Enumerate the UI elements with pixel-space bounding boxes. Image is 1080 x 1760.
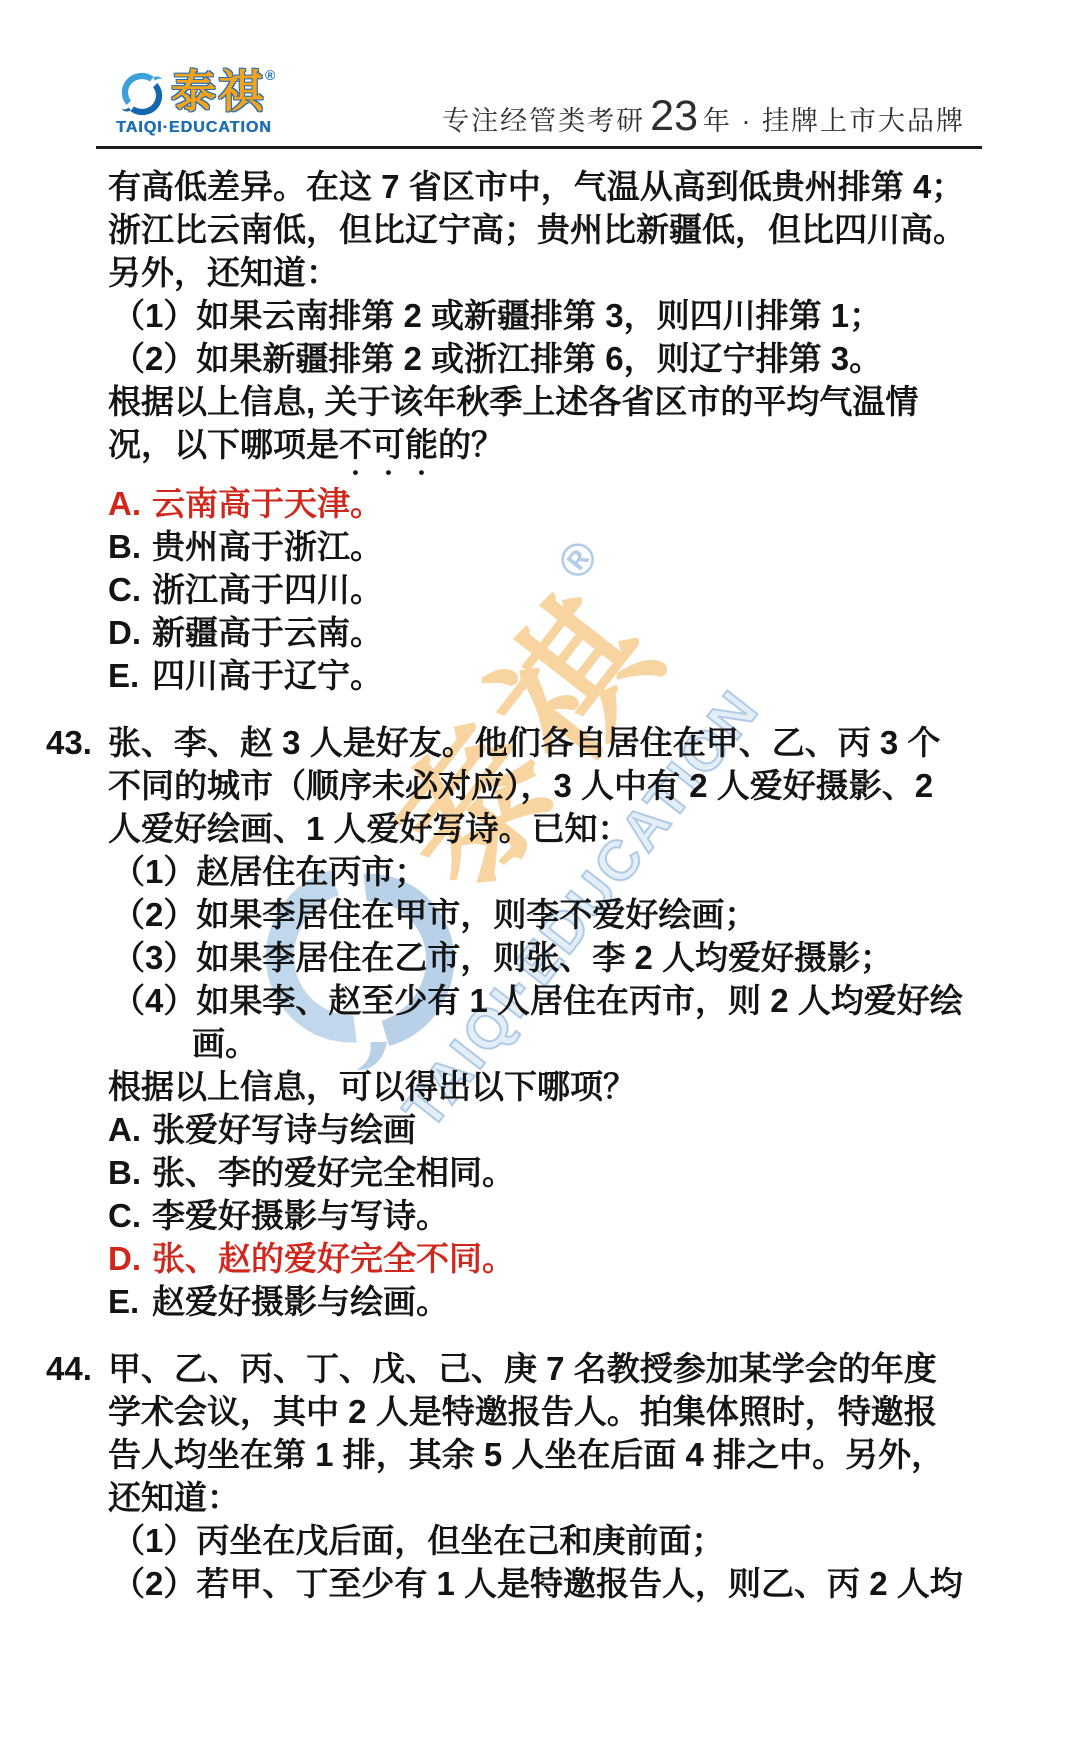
question-line: （2）若甲、丁至少有 1 人是特邀报告人，则乙、丙 2 人均 [112, 1562, 981, 1605]
question-line: （1）赵居住在丙市； [112, 850, 981, 893]
option-label: A. [108, 482, 152, 525]
option-label: C. [108, 568, 152, 611]
logo-top-row: 泰祺 ® [116, 70, 275, 118]
question-line: 根据以上信息, 关于该年秋季上述各省区市的平均气温情 [108, 380, 981, 423]
option-row: C.浙江高于四川。 [108, 568, 981, 611]
taiqi-logo: 泰祺 ® TAIQI·EDUCATION [116, 70, 275, 137]
option-text: 赵爱好摄影与绘画。 [152, 1280, 449, 1323]
option-label: E. [108, 654, 152, 697]
option-row: D.新疆高于云南。 [108, 611, 981, 654]
exam-page: 泰祺 ® TAIQI·EDUCATION 专注经管类考研 23 年 · 挂牌上市… [0, 0, 1080, 1760]
tagline-years-number: 23 [645, 92, 703, 141]
question-line: 还知道： [108, 1476, 981, 1519]
option-row: B.贵州高于浙江。 [108, 525, 981, 568]
question-line: 甲、乙、丙、丁、戊、己、庚 7 名教授参加某学会的年度 [108, 1347, 981, 1390]
logo-english-text: TAIQI·EDUCATION [116, 119, 275, 137]
question-line: 画。 [192, 1022, 981, 1065]
question-line: （4）如果李、赵至少有 1 人居住在丙市，则 2 人均爱好绘 [112, 979, 981, 1022]
option-text: 张爱好写诗与绘画 [152, 1108, 416, 1151]
option-text: 张、赵的爱好完全不同。 [152, 1237, 515, 1280]
option-label: D. [108, 611, 152, 654]
option-label: D. [108, 1237, 152, 1280]
option-row: B.张、李的爱好完全相同。 [108, 1151, 981, 1194]
option-label: B. [108, 1151, 152, 1194]
option-text: 张、李的爱好完全相同。 [152, 1151, 515, 1194]
question-number: 44. [46, 1347, 92, 1390]
tagline-suffix: 年 · 挂牌上市大品牌 [703, 99, 965, 138]
option-row: E.赵爱好摄影与绘画。 [108, 1280, 981, 1323]
option-label: B. [108, 525, 152, 568]
line-text: 的？ [438, 426, 504, 463]
header-divider [96, 146, 982, 149]
option-row: C.李爱好摄影与写诗。 [108, 1194, 981, 1237]
option-text: 云南高于天津。 [152, 482, 383, 525]
option-text: 浙江高于四川。 [152, 568, 383, 611]
question-line: 张、李、赵 3 人是好友。他们各自居住在甲、乙、丙 3 个 [108, 721, 981, 764]
option-row: D.张、赵的爱好完全不同。 [108, 1237, 981, 1280]
question-line: 浙江比云南低，但比辽宁高；贵州比新疆低，但比四川高。 [108, 208, 981, 251]
question-block: 有高低差异。在这 7 省区市中，气温从高到低贵州排第 4；浙江比云南低，但比辽宁… [46, 165, 981, 697]
taiqi-swirl-icon [116, 70, 168, 118]
question-line: （3）如果李居住在乙市，则张、李 2 人均爱好摄影； [112, 936, 981, 979]
option-text: 新疆高于云南。 [152, 611, 383, 654]
question-line: 不同的城市（顺序未必对应），3 人中有 2 人爱好摄影、2 [108, 764, 981, 807]
logo-chinese-text: 泰祺 [171, 70, 265, 114]
option-text: 贵州高于浙江。 [152, 525, 383, 568]
question-line: （1）丙坐在戊后面，但坐在己和庚前面； [112, 1519, 981, 1562]
questions-area: 有高低差异。在这 7 省区市中，气温从高到低贵州排第 4；浙江比云南低，但比辽宁… [46, 165, 981, 1629]
option-row: A.云南高于天津。 [108, 482, 981, 525]
question-line: 有高低差异。在这 7 省区市中，气温从高到低贵州排第 4； [108, 165, 981, 208]
line-text: 况，以下哪项是 [108, 426, 339, 463]
option-text: 李爱好摄影与写诗。 [152, 1194, 449, 1237]
question-line: （1）如果云南排第 2 或新疆排第 3，则四川排第 1； [112, 294, 981, 337]
question-number: 43. [46, 721, 92, 764]
option-label: C. [108, 1194, 152, 1237]
header-tagline: 专注经管类考研 23 年 · 挂牌上市大品牌 [442, 92, 965, 141]
registered-trademark-icon: ® [265, 68, 275, 82]
question-line: 另外，还知道： [108, 251, 981, 294]
question-line: （2）如果新疆排第 2 或浙江排第 6，则辽宁排第 3。 [112, 337, 981, 380]
question-line: 学术会议，其中 2 人是特邀报告人。拍集体照时，特邀报 [108, 1390, 981, 1433]
emphasized-text: 不可能 [339, 426, 438, 463]
option-label: A. [108, 1108, 152, 1151]
question-block: 44.甲、乙、丙、丁、戊、己、庚 7 名教授参加某学会的年度学术会议，其中 2 … [46, 1347, 981, 1605]
option-label: E. [108, 1280, 152, 1323]
option-row: E.四川高于辽宁。 [108, 654, 981, 697]
question-line: （2）如果李居住在甲市，则李不爱好绘画； [112, 893, 981, 936]
option-row: A.张爱好写诗与绘画 [108, 1108, 981, 1151]
question-block: 43.张、李、赵 3 人是好友。他们各自居住在甲、乙、丙 3 个不同的城市（顺序… [46, 721, 981, 1323]
question-line: 根据以上信息，可以得出以下哪项？ [108, 1065, 981, 1108]
tagline-prefix: 专注经管类考研 [442, 99, 645, 138]
question-line: 人爱好绘画、1 人爱好写诗。已知： [108, 807, 981, 850]
question-line: 况，以下哪项是不可能的？ [108, 423, 981, 482]
question-line: 告人均坐在第 1 排，其余 5 人坐在后面 4 排之中。另外， [108, 1433, 981, 1476]
option-text: 四川高于辽宁。 [152, 654, 383, 697]
